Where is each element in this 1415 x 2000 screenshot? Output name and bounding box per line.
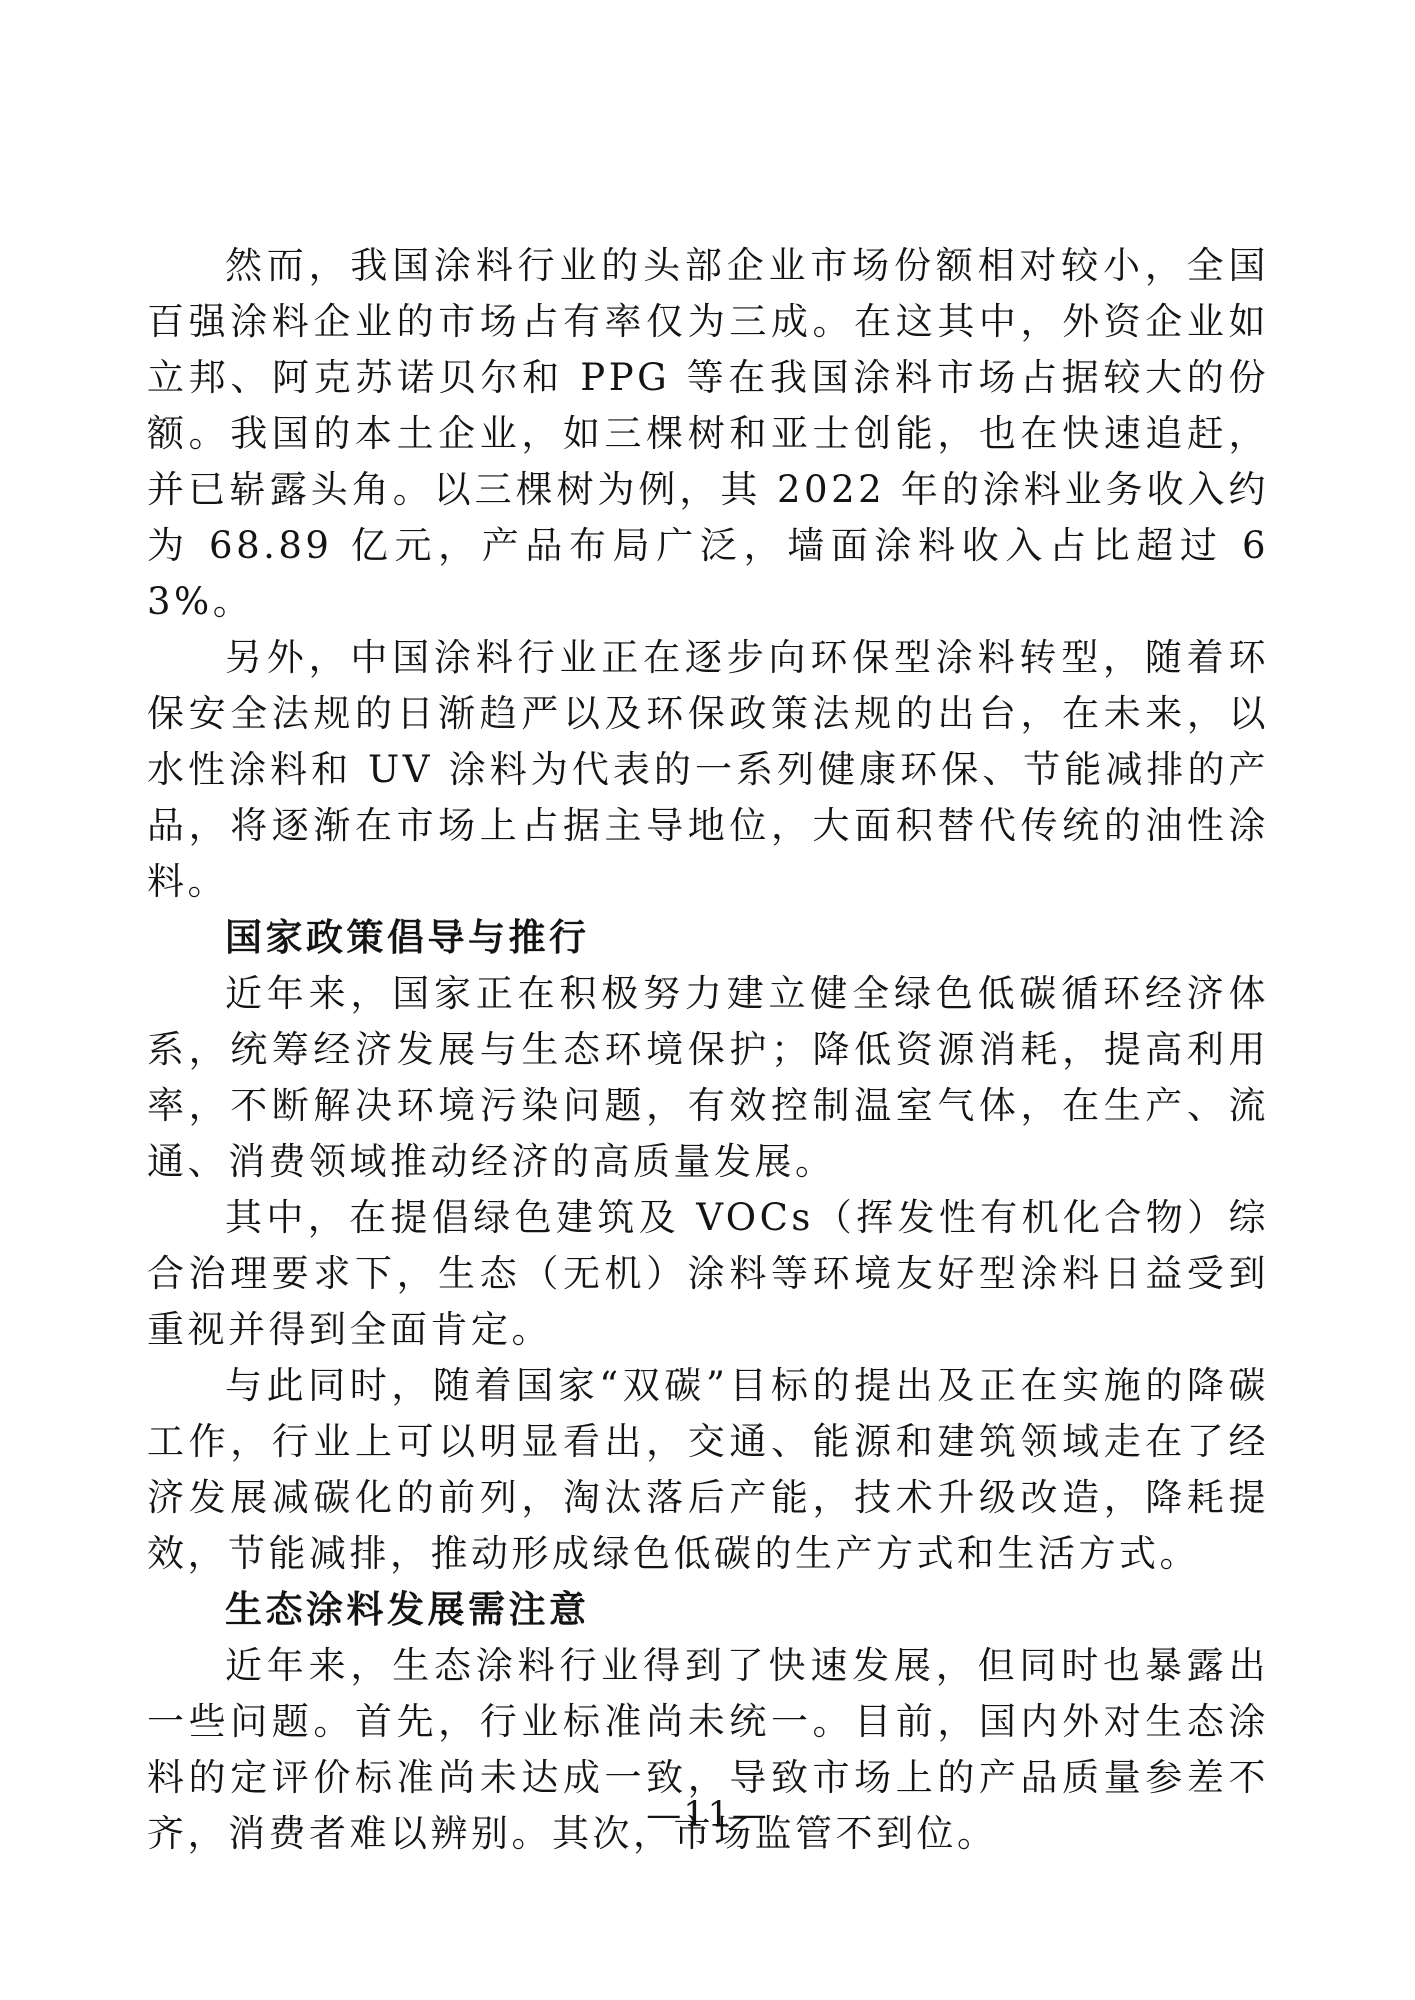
- body-paragraph: 与此同时，随着国家“双碳”目标的提出及正在实施的降碳工作，行业上可以明显看出，交…: [147, 1358, 1269, 1582]
- section-heading: 国家政策倡导与推行: [147, 910, 1269, 966]
- document-page: 然而，我国涂料行业的头部企业市场份额相对较小，全国百强涂料企业的市场占有率仅为三…: [0, 0, 1415, 2000]
- body-paragraph: 然而，我国涂料行业的头部企业市场份额相对较小，全国百强涂料企业的市场占有率仅为三…: [147, 238, 1269, 630]
- body-paragraph: 近年来，国家正在积极努力建立健全绿色低碳循环经济体系，统筹经济发展与生态环境保护…: [147, 966, 1269, 1190]
- body-paragraph: 另外，中国涂料行业正在逐步向环保型涂料转型，随着环保安全法规的日渐趋严以及环保政…: [147, 630, 1269, 910]
- section-heading: 生态涂料发展需注意: [147, 1582, 1269, 1638]
- document-body: 然而，我国涂料行业的头部企业市场份额相对较小，全国百强涂料企业的市场占有率仅为三…: [147, 238, 1269, 1862]
- page-number: —11—: [0, 1795, 1415, 1835]
- body-paragraph: 其中，在提倡绿色建筑及 VOCs（挥发性有机化合物）综合治理要求下，生态（无机）…: [147, 1190, 1269, 1358]
